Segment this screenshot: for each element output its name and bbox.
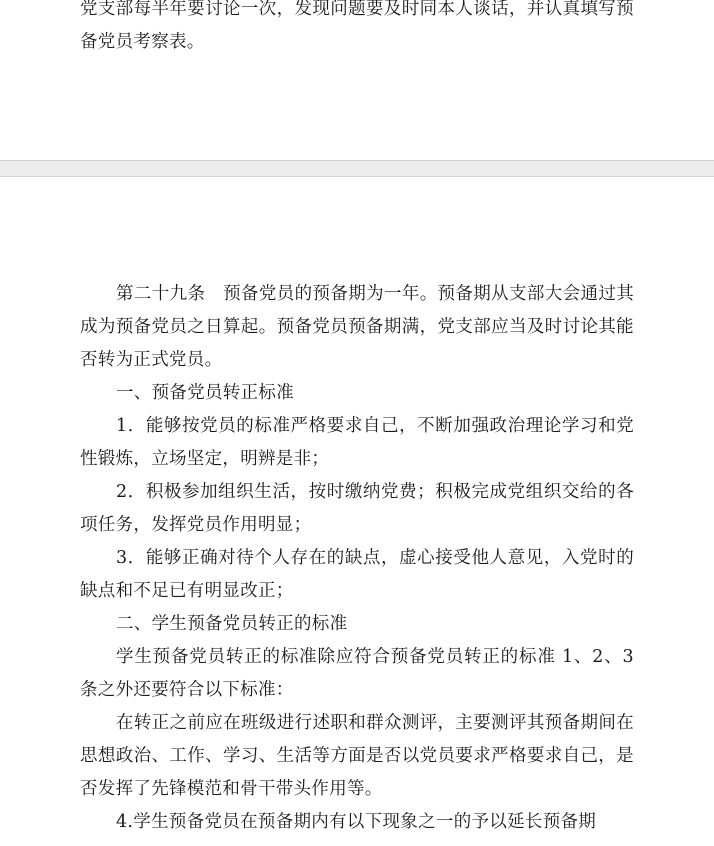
article-29-paragraph: 第二十九条 预备党员的预备期为一年。预备期从支部大会通过其成为预备党员之日算起。… — [80, 278, 634, 377]
page-separator — [0, 160, 714, 177]
standard-item-4: 4.学生预备党员在预备期内有以下现象之一的予以延长预备期 — [80, 806, 634, 839]
document-page-1: 党支部每半年要讨论一次，发现问题要及时同本人谈话，并认真填写预备党员考察表。 — [0, 0, 714, 160]
section-heading-1: 一、预备党员转正标准 — [80, 377, 634, 410]
standard-item-1: 1．能够按党员的标准严格要求自己，不断加强政治理论学习和党性锻炼，立场坚定，明辨… — [80, 410, 634, 476]
student-evaluation-paragraph: 在转正之前应在班级进行述职和群众测评，主要测评其预备期间在思想政治、工作、学习、… — [80, 707, 634, 806]
student-standard-intro: 学生预备党员转正的标准除应符合预备党员转正的标准 1、2、3 条之外还要符合以下… — [80, 641, 634, 707]
section-heading-2: 二、学生预备党员转正的标准 — [80, 608, 634, 641]
standard-item-2: 2．积极参加组织生活，按时缴纳党费；积极完成党组织交给的各项任务，发挥党员作用明… — [80, 476, 634, 542]
document-page-2: 第二十九条 预备党员的预备期为一年。预备期从支部大会通过其成为预备党员之日算起。… — [0, 177, 714, 846]
standard-item-3: 3．能够正确对待个人存在的缺点，虚心接受他人意见，入党时的缺点和不足已有明显改正… — [80, 542, 634, 608]
page-1-text: 党支部每半年要讨论一次，发现问题要及时同本人谈话，并认真填写预备党员考察表。 — [80, 0, 634, 59]
page-2-text: 第二十九条 预备党员的预备期为一年。预备期从支部大会通过其成为预备党员之日算起。… — [80, 278, 634, 839]
paragraph-line: 党支部每半年要讨论一次，发现问题要及时同本人谈话，并认真填写预备党员考察表。 — [80, 0, 634, 59]
